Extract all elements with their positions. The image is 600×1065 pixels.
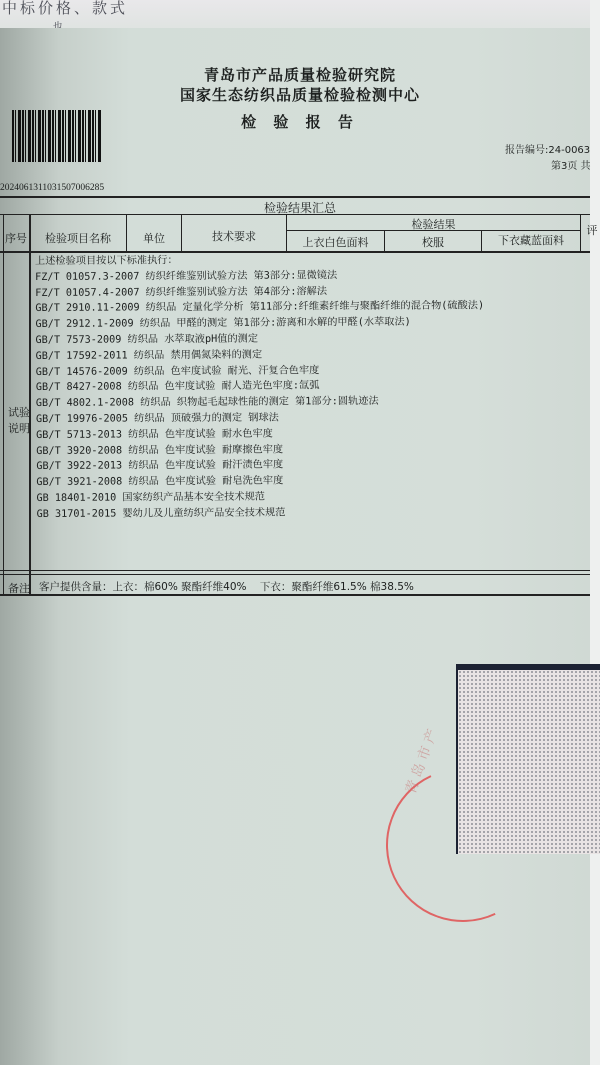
table-title: 检验结果汇总	[0, 199, 600, 216]
table-top-rule	[0, 196, 590, 198]
standard-item: GB/T 2910.11-2009 纺织品 定量化学分析 第11部分:纤维素纤维…	[35, 299, 484, 318]
test-notes-label: 试验说明	[6, 405, 32, 437]
paper-edge	[590, 0, 600, 1065]
col-header-requirement: 技术要求	[182, 228, 286, 244]
background-strip: 中标价格、款式 ... 也	[0, 0, 600, 30]
table-rule	[0, 570, 590, 571]
table-left-border	[3, 214, 4, 595]
col-header-uniform: 校服	[385, 234, 481, 250]
col-header-item-name: 检验项目名称	[30, 230, 126, 246]
institute-name: 青岛市产品质量检验研究院	[0, 64, 600, 85]
handwritten-note: 中标价格、款式	[2, 0, 128, 18]
center-name: 国家生态纺织品质量检验检测中心	[0, 84, 600, 105]
col-header-top-white: 上衣白色面料	[287, 234, 384, 250]
table-bottom-rule	[0, 594, 590, 596]
col-header-evaluation: 评	[584, 222, 600, 238]
col-header-bottom-navy: 下衣藏蓝面料	[482, 232, 580, 248]
col-header-seq: 序号	[2, 230, 30, 246]
col-divider	[580, 214, 581, 252]
col-header-results: 检验结果	[287, 216, 580, 232]
report-number: 报告编号:24-0063	[505, 141, 590, 156]
page-info: 第3页 共	[551, 157, 591, 172]
remarks-label: 备注	[8, 580, 30, 596]
col-header-unit: 单位	[127, 230, 181, 246]
standards-list: 上述检验项目按以下标准执行： FZ/T 01057.3-2007 纺织纤维鉴别试…	[35, 251, 485, 522]
barcode-number: 20240613110315070062​85	[0, 183, 104, 193]
remarks-text: 客户提供含量：上衣：棉60% 聚酯纤维40% 下衣：聚酯纤维61.5% 棉38.…	[39, 579, 414, 594]
standard-item: GB 31701-2015 婴幼儿及儿童纺织产品安全技术规范	[37, 504, 486, 523]
barcode-icon	[12, 110, 102, 162]
table-rule	[0, 574, 590, 575]
